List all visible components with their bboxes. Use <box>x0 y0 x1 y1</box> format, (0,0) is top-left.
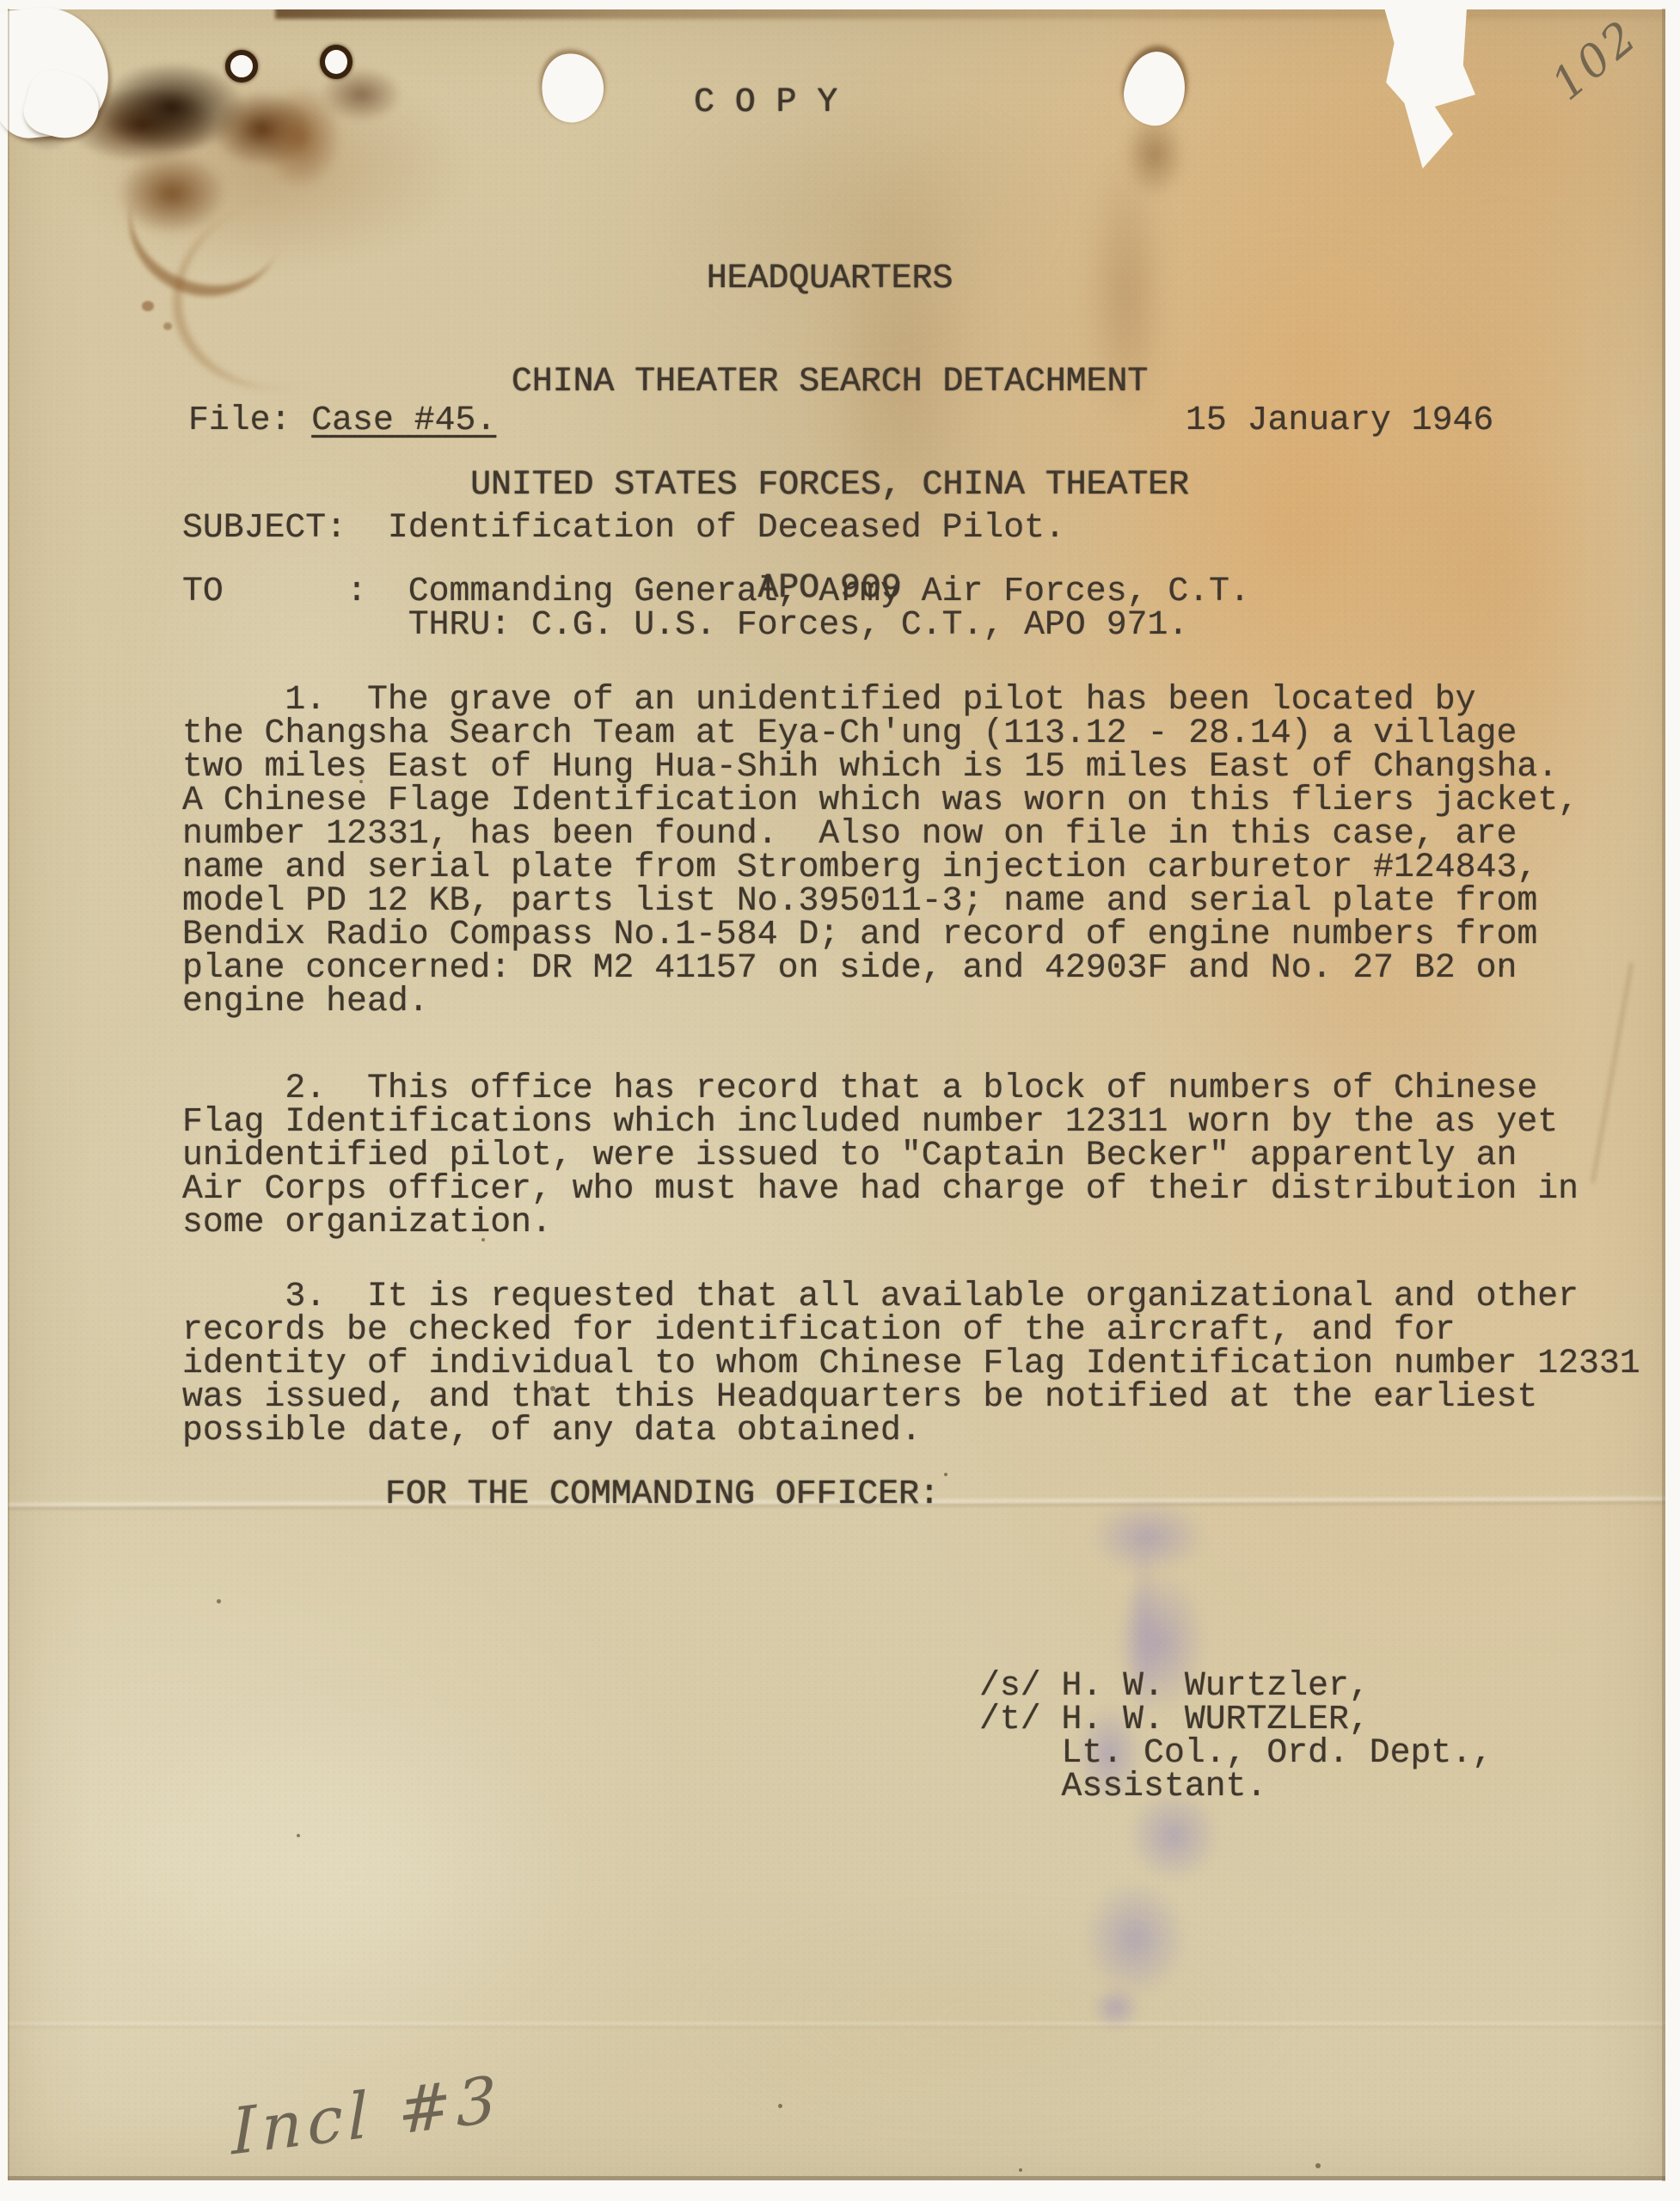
scan-border-bottom <box>0 2180 1680 2201</box>
to-block: TO : Commanding General, Army Air Forces… <box>182 574 1250 641</box>
ink-speck <box>217 1599 221 1603</box>
ink-speck <box>1500 965 1504 968</box>
ink-speck <box>359 780 363 783</box>
stain-bottom-center <box>602 1891 1376 2149</box>
file-line: File: Case #45. <box>188 403 496 437</box>
burn-blob <box>249 73 353 202</box>
paper-edge-left <box>8 9 9 2180</box>
ink-speck <box>778 2104 782 2108</box>
subject-line: SUBJECT: Identification of Deceased Pilo… <box>182 511 1065 544</box>
letterhead-line: CHINA THEATER SEARCH DETACHMENT <box>470 365 1189 399</box>
ink-speck <box>481 1238 485 1242</box>
ink-speck <box>297 1834 300 1837</box>
ink-speck <box>1019 2168 1022 2172</box>
date: 15 January 1946 <box>1186 403 1493 437</box>
burn-hole-small <box>320 45 353 79</box>
stain-light-bottom-left <box>52 1634 653 2115</box>
vertical-crease-right <box>1590 962 1634 1183</box>
file-label: File: <box>188 401 311 439</box>
punch-hole-left <box>535 47 610 127</box>
burn-blob <box>103 142 241 245</box>
punch-hole-right <box>1119 48 1189 130</box>
scan-border-right <box>1665 0 1680 2201</box>
burn-dot <box>163 322 172 330</box>
horizontal-crease-lower <box>0 2020 1680 2029</box>
letterhead-line: UNITED STATES FORCES, CHINA THEATER <box>470 468 1189 502</box>
paragraph-3: 3. It is requested that all available or… <box>182 1279 1640 1447</box>
scan-border-left <box>0 0 8 2201</box>
burn-hole-small <box>225 50 258 83</box>
signature-block: /s/ H. W. Wurtzler, /t/ H. W. WURTZLER, … <box>979 1669 1493 1803</box>
paragraph-2: 2. This office has record that a block o… <box>182 1071 1579 1239</box>
burn-blob <box>198 82 327 176</box>
top-edge-tear-chip <box>1374 0 1475 172</box>
copy-label: C O P Y <box>694 85 837 119</box>
document-page: C O P Y HEADQUARTERS CHINA THEATER SEARC… <box>0 0 1680 2201</box>
paragraph-1: 1. The grave of an unidentified pilot ha… <box>182 683 1579 1018</box>
ink-speck <box>944 1473 947 1476</box>
handwritten-note: Incl #3 <box>230 2062 502 2169</box>
burn-swirl <box>151 171 425 414</box>
ink-speck <box>1315 2163 1321 2168</box>
ink-speck <box>550 1386 555 1391</box>
handwritten-page-number: 102 <box>1542 9 1649 110</box>
closing-line: FOR THE COMMANDING OFFICER: <box>385 1477 940 1511</box>
burn-swirl <box>108 124 305 317</box>
file-case-number: Case #45. <box>311 401 496 439</box>
scanner-background: C O P Y HEADQUARTERS CHINA THEATER SEARC… <box>0 0 1680 2201</box>
burn-dot <box>142 301 154 311</box>
letterhead-line: HEADQUARTERS <box>470 261 1189 296</box>
purple-stamp-smudge <box>1082 1977 1150 2038</box>
